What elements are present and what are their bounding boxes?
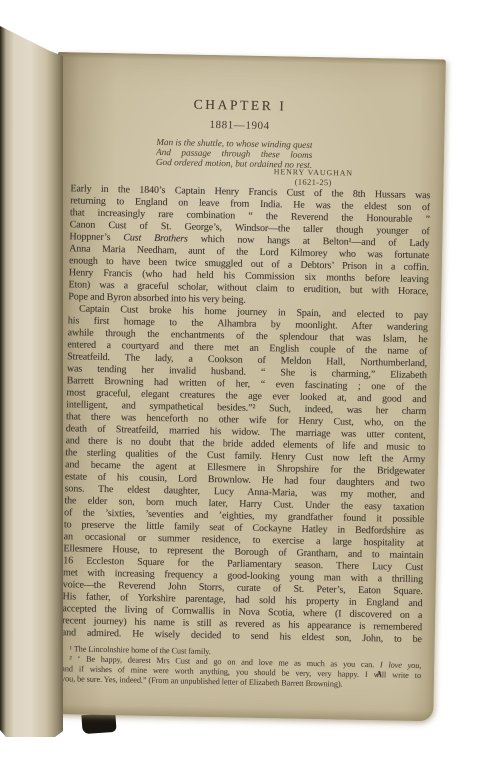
book-photo: CHAPTER I 1881—1904 Man is the shuttle, … (0, 0, 500, 778)
epigraph: Man is the shuttle, to whose winding que… (156, 138, 313, 171)
signature-mark: A (376, 669, 382, 678)
attribution-dates: (1621-25) (273, 177, 353, 188)
body-text: Early in the 1840’s Captain Henry Franci… (62, 183, 431, 646)
epigraph-attribution: HENRY VAUGHAN (1621-25) (273, 167, 353, 188)
book-binding-corner (81, 713, 116, 734)
chapter-heading-block: CHAPTER I 1881—1904 (60, 94, 421, 135)
footnotes: ¹ The Lincolnshire home of the Cust fami… (61, 644, 422, 691)
left-page-curl (0, 26, 63, 738)
attribution-name: HENRY VAUGHAN (274, 167, 354, 178)
chapter-heading: CHAPTER I (60, 94, 420, 117)
chapter-date-range: 1881—1904 (60, 116, 420, 135)
book-page: CHAPTER I 1881—1904 Man is the shuttle, … (45, 52, 446, 721)
